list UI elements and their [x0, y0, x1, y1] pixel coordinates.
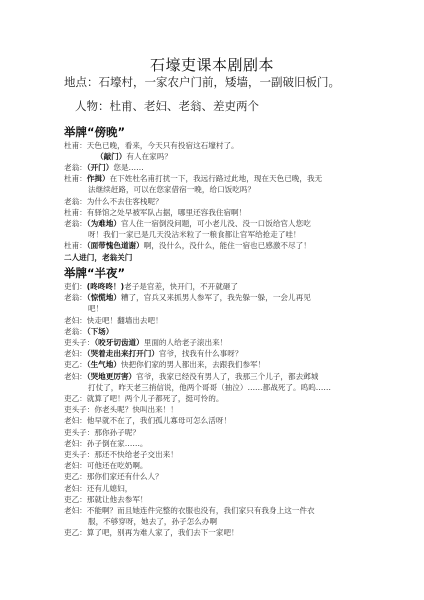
- dialogue-line: 老翁：（惊慌地）糟了，官兵又来抓男人参军了，我先躲一躲，一会儿再见: [64, 293, 311, 303]
- speaker-label: 老妇：: [64, 506, 87, 515]
- speaker-label: 吏乙：: [64, 472, 87, 481]
- line-text: 官人住一宿倒没问题，可小老儿没、没一口饭给官人您吃: [121, 219, 311, 228]
- line-text: 官爷，找我有什么事呀？: [159, 349, 243, 358]
- document-title: 石壕吏课本剧剧本: [0, 54, 424, 75]
- stage-action: （开门）: [87, 163, 114, 172]
- speaker-label: 杜甫：: [64, 141, 87, 150]
- line-text: 可他还在吃奶啊。: [87, 461, 148, 470]
- dialogue-line: 吏乙：那就让他去参军！: [64, 495, 148, 505]
- stage-action: （生气地）: [87, 360, 121, 369]
- speaker-label: 吏乙：: [64, 394, 87, 403]
- line-text: 你老头呢？快叫出来！！: [94, 405, 178, 414]
- dialogue-line: 老妇：孙子倒在家……。: [64, 439, 148, 449]
- line-text: 快把你们家的男人都出来，去跟我们参军！: [121, 360, 265, 369]
- speaker-label: 吏头子：: [64, 428, 94, 437]
- line-text: 不能啊？而且她连件完整的衣服也没有，我们家只有我身上这一件衣: [87, 506, 315, 515]
- speaker-label: 老翁：: [64, 327, 87, 336]
- dialogue-line: 服，不够穿呀，她去了，孙子怎么办啊: [88, 517, 217, 527]
- dialogue-line: 老妇：可他还在吃奶啊。: [64, 461, 148, 471]
- line-text: 法继续赶路，可以在您家借宿一晚，给口饭吃吗？: [88, 185, 255, 194]
- line-text: 官爷，我家已经没有男人了，我那三个儿子，都去邺城: [136, 372, 318, 381]
- speaker-label: 老妇：: [64, 484, 87, 493]
- character-list: 人物：杜甫、老妇、老翁、差吏两个: [75, 98, 259, 114]
- dialogue-line: 老妇：快走吧！翻墙出去吧！: [64, 316, 163, 326]
- speaker-label: 老翁：: [64, 163, 87, 172]
- line-text: 吧！: [88, 304, 103, 313]
- line-text: 呀！我们一家已是几天没沾米粒了一粮食都让官军给抢走了哇！: [88, 230, 301, 239]
- dialogue-line: 吏乙：算了吧，别再为难人家了，我们去下一家吧！: [64, 528, 239, 538]
- dialogue-line: 吏乙：（生气地）快把你们家的男人都出来，去跟我们参军！: [64, 360, 265, 370]
- speaker-label: 老翁：: [64, 197, 87, 206]
- dialogue-line: 老妇：他早就不在了，我们孤儿寡母可怎么活呀！: [64, 416, 231, 426]
- scene-heading-dusk: 举牌“傍晚”: [64, 124, 125, 140]
- dialogue-line: 老妇：（哭地更厉害）官爷，我家已经没有男人了，我那三个儿子，都去邺城: [64, 372, 318, 382]
- speaker-label: 老妇：: [64, 416, 87, 425]
- dialogue-line: （敲门）有人在家吗？: [96, 152, 172, 162]
- speaker-label: 老翁：: [64, 293, 87, 302]
- dialogue-line: 吏头子：（咬牙切齿道）里面的人给老子滚出来！: [64, 338, 227, 348]
- dialogue-line: 杜甫：有驿馆之处早被军队占据，哪里还容我住宿啊！: [64, 208, 246, 218]
- speaker-label: 吏头子：: [64, 405, 94, 414]
- speaker-label: 杜甫：: [64, 241, 87, 250]
- stage-action: 作揖）: [87, 174, 110, 183]
- stage-direction: 二人进门，老翁关门: [64, 252, 132, 263]
- line-text: 那就让他去参军！: [87, 495, 148, 504]
- line-text: 有人在家吗？: [126, 152, 172, 161]
- stage-action: （惊慌地）: [87, 293, 121, 302]
- speaker-label: 吏头子：: [64, 450, 94, 459]
- speaker-label: 杜甫：: [64, 208, 87, 217]
- line-text: 他早就不在了，我们孤儿寡母可怎么活呀！: [87, 416, 231, 425]
- stage-action: （面带愧色道谢）: [87, 241, 144, 250]
- speaker-label: 老翁：: [64, 219, 87, 228]
- dialogue-line: 老妇：不能啊？而且她连件完整的衣服也没有，我们家只有我身上这一件衣: [64, 506, 315, 516]
- line-text: 为什么不去住客栈呢？: [87, 197, 163, 206]
- line-text: 孙子倒在家……。: [87, 439, 148, 448]
- dialogue-line: 吏乙：就算了吧！两个儿子都死了，挺可怜的。: [64, 394, 223, 404]
- line-text: 打仗了，昨天老三捎信说，他两个哥哥（抽泣）……都战死了。呜呜……: [88, 383, 331, 392]
- dialogue-line: 吏头子：那还不快给老子交出来！: [64, 450, 178, 460]
- scene-heading-midnight: 举牌“半夜”: [64, 265, 125, 281]
- speaker-label: 老妇：: [64, 316, 87, 325]
- speaker-label: 杜甫：: [64, 174, 87, 183]
- line-text: 就算了吧！两个儿子都死了，挺可怜的。: [87, 394, 224, 403]
- speaker-label: 吏乙：: [64, 528, 87, 537]
- dialogue-line: 老妇：还有儿媳妇，: [64, 484, 132, 494]
- dialogue-line: 杜甫：作揖）在下姓杜名甫打扰一下，我远行路过此地，现在天色已晚，我无: [64, 174, 322, 184]
- dialogue-line: 老翁：（下场）: [64, 327, 113, 337]
- stage-action: （咬牙切齿道）: [94, 338, 143, 347]
- speaker-label: 老妇：: [64, 439, 87, 448]
- speaker-label: 老妇：: [64, 349, 87, 358]
- stage-action: （下场）: [87, 327, 114, 336]
- dialogue-line: 法继续赶路，可以在您家借宿一晚，给口饭吃吗？: [88, 185, 255, 195]
- line-text: 还有儿媳妇，: [87, 484, 133, 493]
- line-text: 那你们家还有什么人？: [87, 472, 163, 481]
- dialogue-line: 杜甫：（面带愧色道谢）啊，没什么，没什么，能住一宿也已感激不尽了！: [64, 241, 311, 251]
- dialogue-line: 吏们：(咚咚咚！)老子是官差，快开门，不开就砸了: [64, 282, 238, 292]
- line-text: 服，不够穿呀，她去了，孙子怎么办啊: [88, 517, 217, 526]
- dialogue-line: 吏头子：你老头呢？快叫出来！！: [64, 405, 178, 415]
- stage-action: （哭地更厉害）: [87, 372, 136, 381]
- line-text: 有驿馆之处早被军队占据，哪里还容我住宿啊！: [87, 208, 246, 217]
- dialogue-line: 老翁：（开门）您是……: [64, 163, 144, 173]
- setting-place: 地点：石壕村，一家农户门前，矮墙，一副破旧板门。: [64, 74, 340, 90]
- dialogue-line: 吧！: [88, 304, 103, 314]
- line-text: 啊，没什么，没什么，能住一宿也已感激不尽了！: [144, 241, 311, 250]
- line-text: 您是……: [113, 163, 143, 172]
- stage-action: （为难地）: [87, 219, 121, 228]
- speaker-label: 吏们：: [64, 282, 87, 291]
- line-text: 快走吧！翻墙出去吧！: [87, 316, 163, 325]
- line-text: 老子是官差，快开门，不开就砸了: [124, 282, 238, 291]
- line-text: 糟了，官兵又来抓男人参军了，我先躲一躲，一会儿再见: [121, 293, 311, 302]
- speaker-label: 吏乙：: [64, 495, 87, 504]
- dialogue-line: 老翁：为什么不去住客栈呢？: [64, 197, 163, 207]
- stage-action: （敲门）: [96, 152, 126, 161]
- stage-action: （哭着走出来打开门）: [87, 349, 159, 358]
- line-text: 天色已晚，看来，今天只有投宿这石壕村了。: [87, 141, 239, 150]
- line-text: 在下姓杜名甫打扰一下，我远行路过此地，现在天色已晚，我无: [110, 174, 323, 183]
- dialogue-line: 老翁：（为难地）官人住一宿倒没问题，可小老儿没、没一口饭给官人您吃: [64, 219, 311, 229]
- dialogue-line: 老妇：（哭着走出来打开门）官爷，找我有什么事呀？: [64, 349, 242, 359]
- line-text: 里面的人给老子滚出来！: [144, 338, 228, 347]
- dialogue-line: 吏头子：那你孙子呢？: [64, 428, 140, 438]
- stage-action: (咚咚咚！): [87, 282, 124, 291]
- dialogue-line: 打仗了，昨天老三捎信说，他两个哥哥（抽泣）……都战死了。呜呜……: [88, 383, 331, 393]
- line-text: 那还不快给老子交出来！: [94, 450, 178, 459]
- dialogue-line: 杜甫：天色已晚，看来，今天只有投宿这石壕村了。: [64, 141, 239, 151]
- speaker-label: 老妇：: [64, 372, 87, 381]
- line-text: 算了吧，别再为难人家了，我们去下一家吧！: [87, 528, 239, 537]
- speaker-label: 老妇：: [64, 461, 87, 470]
- dialogue-line: 吏乙：那你们家还有什么人？: [64, 472, 163, 482]
- line-text: 那你孙子呢？: [94, 428, 140, 437]
- speaker-label: 吏头子：: [64, 338, 94, 347]
- speaker-label: 吏乙：: [64, 360, 87, 369]
- dialogue-line: 呀！我们一家已是几天没沾米粒了一粮食都让官军给抢走了哇！: [88, 230, 301, 240]
